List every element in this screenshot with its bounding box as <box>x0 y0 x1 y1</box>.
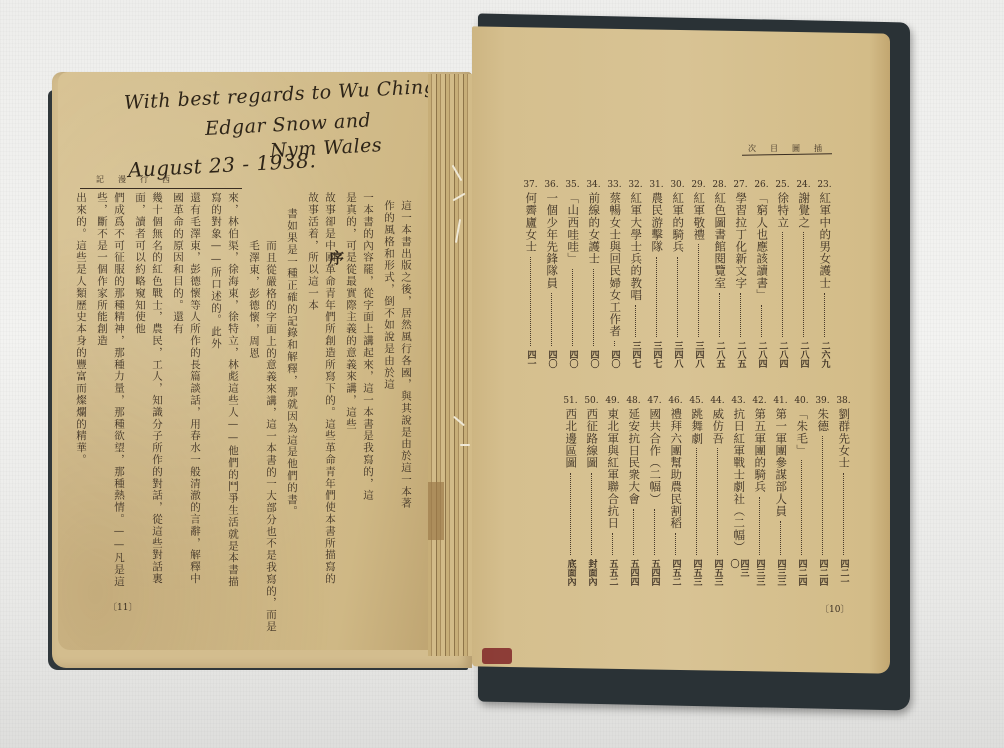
toc-item: 30.紅軍的騎兵三四八 <box>667 180 688 368</box>
binding-thread <box>460 444 470 446</box>
toc-item: 28.紅色圖書館閱覽室二八五 <box>709 180 730 368</box>
toc-item: 27.學習拉丁化新文字二八五 <box>730 180 751 368</box>
paper-tear-stain <box>428 482 444 540</box>
toc-item: 47.國共合作（二幅）五四四 <box>644 396 665 586</box>
toc-item: 35.「山西哇哇」四〇 <box>562 180 583 368</box>
toc-item-title: 跳舞劇 <box>690 408 703 444</box>
toc-item-number: 23. <box>817 180 831 190</box>
red-binding-mark <box>482 648 512 664</box>
toc-item-page: 四三〇 <box>729 559 749 586</box>
toc-leader-dots <box>675 533 676 555</box>
toc-item-number: 25. <box>775 180 789 190</box>
toc-item-page: 四二一 <box>839 559 849 586</box>
preface-column: 一本書的內容罷，從字面上講起來，這一本書是我寫的，這是真的，可是從最實際主義的意… <box>342 192 376 512</box>
toc-item: 37.何霽廬女士四一 <box>520 180 541 368</box>
toc-item-number: 33. <box>607 180 621 190</box>
preface-column: 書如果是一種正確的記錄和解釋，那就因為這是他們的書。 <box>283 208 300 608</box>
toc-item: 49.東北軍與紅軍聯合抗日五五二 <box>602 396 623 586</box>
toc-item-page: 二六九 <box>820 341 830 368</box>
toc-item: 33.蔡暢女士與回民婦女工作者四〇 <box>604 180 625 368</box>
toc-leader-dots <box>780 521 781 555</box>
toc-item-title: 第五軍團的騎兵 <box>753 408 766 493</box>
toc-item-title: 徐特立 <box>776 192 789 228</box>
toc-item-page: 三四七 <box>652 341 662 368</box>
toc-item-title: 謝覺之 <box>797 192 810 228</box>
toc-leader-dots <box>593 269 594 346</box>
toc-item: 34.前線的女護士四〇 <box>583 180 604 368</box>
toc-item: 24.謝覺之二八四 <box>793 180 814 368</box>
toc-item: 25.徐特立二八四 <box>772 180 793 368</box>
toc-item: 43.抗日紅軍戰士劇社（二幅）四三〇 <box>728 396 749 586</box>
toc-leader-dots <box>803 232 804 337</box>
toc-item-title: 「窮人也應該讀書」 <box>755 192 768 301</box>
right-running-head: 插圖目次 <box>748 143 836 154</box>
toc-item-title: 紅軍敬禮 <box>692 192 705 240</box>
toc-item-number: 36. <box>544 180 558 190</box>
toc-item-title: 農民游擊隊 <box>650 192 663 253</box>
toc-leader-dots <box>698 244 699 337</box>
left-folio: 〔11〕 <box>108 600 137 613</box>
toc-item-number: 51. <box>563 396 577 406</box>
toc-item: 38.劉群先女士四二一 <box>833 396 854 586</box>
toc-item-page: 二八四 <box>799 341 809 368</box>
toc-item-page: 四〇 <box>589 350 599 368</box>
toc-upper-block: 23.紅軍中的男女護士二六九24.謝覺之二八四25.徐特立二八四26.「窮人也應… <box>520 180 835 368</box>
toc-item-number: 26. <box>754 180 768 190</box>
toc-item-title: 一個少年先鋒隊員 <box>545 192 558 289</box>
toc-item: 36.一個少年先鋒隊員四〇 <box>541 180 562 368</box>
toc-item-page: 四五三 <box>713 559 723 586</box>
toc-leader-dots <box>614 341 615 346</box>
toc-leader-dots <box>717 448 718 555</box>
book-spine-gutter <box>428 74 476 656</box>
toc-item-title: 蔡暢女士與回民婦女工作者 <box>608 192 621 337</box>
toc-item-page: 二八四 <box>757 341 767 368</box>
toc-leader-dots <box>591 473 592 556</box>
toc-item-number: 42. <box>752 396 766 406</box>
preface-column: 還有毛澤東，彭德懷等人所作的長篇談話，用春水一般清澈的言辭，解釋中國革命的原因和… <box>169 192 203 592</box>
toc-item-number: 48. <box>626 396 640 406</box>
toc-item-number: 28. <box>712 180 726 190</box>
toc-item-number: 31. <box>649 180 663 190</box>
right-folio: 〔10〕 <box>820 602 849 615</box>
toc-item-title: 劉群先女士 <box>837 408 850 469</box>
toc-item-page: 三四七 <box>631 341 641 368</box>
toc-item: 46.禮拜六團幫助農民割稻四五二 <box>665 396 686 586</box>
toc-leader-dots <box>572 269 573 346</box>
toc-item: 41.第一軍團參謀部人員四三三 <box>770 396 791 586</box>
toc-item-title: 禮拜六團幫助農民割稻 <box>669 408 682 529</box>
toc-leader-dots <box>551 293 552 346</box>
toc-leader-dots <box>843 473 844 556</box>
toc-item-page: 封面內 <box>587 559 597 586</box>
toc-leader-dots <box>654 509 655 555</box>
toc-item-number: 41. <box>773 396 787 406</box>
toc-item-number: 39. <box>815 396 829 406</box>
preface-body: 這一本書出版之後，居然風行各國，與其說是由於這一本著作的風格和形式，倒不如說是由… <box>72 192 414 600</box>
toc-leader-dots <box>633 509 634 555</box>
toc-item-page: 四二四 <box>818 559 828 586</box>
toc-item-title: 前線的女護士 <box>587 192 600 265</box>
toc-item-number: 47. <box>647 396 661 406</box>
preface-column: 們成爲不可征服的那種精神，那種力量，那種欲望，那種熱情。——凡是這些，斷不是一個… <box>93 192 127 592</box>
toc-item: 45.跳舞劇四五三 <box>686 396 707 586</box>
toc-item-page: 四二四 <box>797 559 807 586</box>
toc-item-title: 延安抗日民衆大會 <box>627 408 640 505</box>
toc-item-title: 朱德 <box>816 408 829 432</box>
toc-item-number: 40. <box>794 396 808 406</box>
toc-item: 42.第五軍團的騎兵四三三 <box>749 396 770 586</box>
toc-item: 40.「朱毛」四二四 <box>791 396 812 586</box>
toc-item-title: 西北邊區圖 <box>564 408 577 469</box>
toc-item-page: 三四八 <box>694 341 704 368</box>
toc-item-page: 五四四 <box>650 559 660 586</box>
toc-leader-dots <box>761 305 762 337</box>
toc-item-number: 30. <box>670 180 684 190</box>
toc-item: 23.紅軍中的男女護士二六九 <box>814 180 835 368</box>
preface-title: 序 <box>326 250 347 265</box>
toc-item-number: 29. <box>691 180 705 190</box>
toc-item-page: 五四四 <box>629 559 639 586</box>
toc-item: 31.農民游擊隊三四七 <box>646 180 667 368</box>
toc-item: 26.「窮人也應該讀書」二八四 <box>751 180 772 368</box>
toc-leader-dots <box>696 448 697 555</box>
toc-item-page: 四三三 <box>776 559 786 586</box>
toc-item-number: 32. <box>628 180 642 190</box>
toc-item-number: 49. <box>605 396 619 406</box>
preface-column: 而且從嚴格的字面上的意義來講，這一本書的一大部分也不是我寫的，而是毛澤東，彭德懷… <box>245 240 279 640</box>
toc-leader-dots <box>824 293 825 337</box>
toc-item-page: 四三三 <box>755 559 765 586</box>
toc-item-title: 抗日紅軍戰士劇社（二幅） <box>732 408 745 551</box>
toc-item-page: 四一 <box>526 350 536 368</box>
toc-leader-dots <box>801 460 802 555</box>
toc-leader-dots <box>822 436 823 555</box>
toc-item-number: 43. <box>731 396 745 406</box>
toc-item-title: 紅軍的騎兵 <box>671 192 684 253</box>
toc-item-page: 底面內 <box>566 559 576 586</box>
toc-item: 29.紅軍敬禮三四八 <box>688 180 709 368</box>
toc-lower-block: 38.劉群先女士四二一39.朱德四二四40.「朱毛」四二四41.第一軍團參謀部人… <box>560 396 854 586</box>
toc-item-title: 紅色圖書館閱覽室 <box>713 192 726 289</box>
toc-item-page: 四〇 <box>547 350 557 368</box>
toc-leader-dots <box>782 232 783 337</box>
toc-item: 39.朱德四二四 <box>812 396 833 586</box>
toc-item-number: 34. <box>586 180 600 190</box>
toc-item-number: 27. <box>733 180 747 190</box>
toc-item-number: 35. <box>565 180 579 190</box>
toc-item-number: 38. <box>836 396 850 406</box>
toc-item-title: 紅軍大學士兵的教唱 <box>629 192 642 301</box>
left-head-rule <box>80 188 242 189</box>
toc-item-title: 學習拉丁化新文字 <box>734 192 747 289</box>
preface-column: 幾十個無名的紅色戰士，農民，工人，知識分子所作的對話，從這些對話裏面，讀者可以約… <box>131 192 165 592</box>
toc-item-title: 「朱毛」 <box>795 408 808 456</box>
toc-item-page: 四〇 <box>610 350 620 368</box>
preface-column: 出來的。這些是人類歷史本身的豐富而燦爛的精華。 <box>72 192 89 592</box>
preface-column: 這一本書出版之後，居然風行各國，與其說是由於這一本著作的風格和形式，倒不如說是由… <box>380 200 414 510</box>
toc-item-page: 四五二 <box>671 559 681 586</box>
toc-item-title: 「山西哇哇」 <box>566 192 579 265</box>
toc-leader-dots <box>759 497 760 555</box>
toc-item: 44.威仿吾四五三 <box>707 396 728 586</box>
toc-item: 51.西北邊區圖底面內 <box>560 396 581 586</box>
toc-item-title: 西征路線圖 <box>585 408 598 469</box>
toc-leader-dots <box>612 533 613 555</box>
toc-item-title: 第一軍團參謀部人員 <box>774 408 787 517</box>
toc-item-title: 紅軍中的男女護士 <box>818 192 831 289</box>
toc-item: 32.紅軍大學士兵的教唱三四七 <box>625 180 646 368</box>
toc-item-page: 二八五 <box>715 341 725 368</box>
toc-item-page: 三四八 <box>673 341 683 368</box>
toc-leader-dots <box>719 293 720 337</box>
toc-item-page: 四五三 <box>692 559 702 586</box>
preface-column: 來，林伯渠，徐海東，徐特立，林彪這些人——他們的鬥爭生活就是本書描寫的對象——所… <box>207 192 241 592</box>
toc-item-number: 44. <box>710 396 724 406</box>
toc-item-number: 50. <box>584 396 598 406</box>
toc-item-page: 二八五 <box>736 341 746 368</box>
toc-item-page: 四〇 <box>568 350 578 368</box>
toc-item: 50.西征路線圖封面內 <box>581 396 602 586</box>
toc-item-page: 二八四 <box>778 341 788 368</box>
toc-item-number: 45. <box>689 396 703 406</box>
toc-item-page: 五五二 <box>608 559 618 586</box>
toc-leader-dots <box>530 257 531 347</box>
toc-leader-dots <box>635 305 636 337</box>
toc-item-title: 威仿吾 <box>711 408 724 444</box>
toc-item-number: 24. <box>796 180 810 190</box>
toc-item: 48.延安抗日民衆大會五四四 <box>623 396 644 586</box>
left-running-head: 西行漫記 <box>96 174 184 185</box>
toc-leader-dots <box>570 473 571 556</box>
toc-item-title: 國共合作（二幅） <box>648 408 661 505</box>
toc-leader-dots <box>677 257 678 338</box>
toc-leader-dots <box>656 257 657 338</box>
toc-item-number: 37. <box>523 180 537 190</box>
toc-item-title: 何霽廬女士 <box>524 192 537 253</box>
toc-item-title: 東北軍與紅軍聯合抗日 <box>606 408 619 529</box>
toc-leader-dots <box>740 293 741 337</box>
toc-item-number: 46. <box>668 396 682 406</box>
